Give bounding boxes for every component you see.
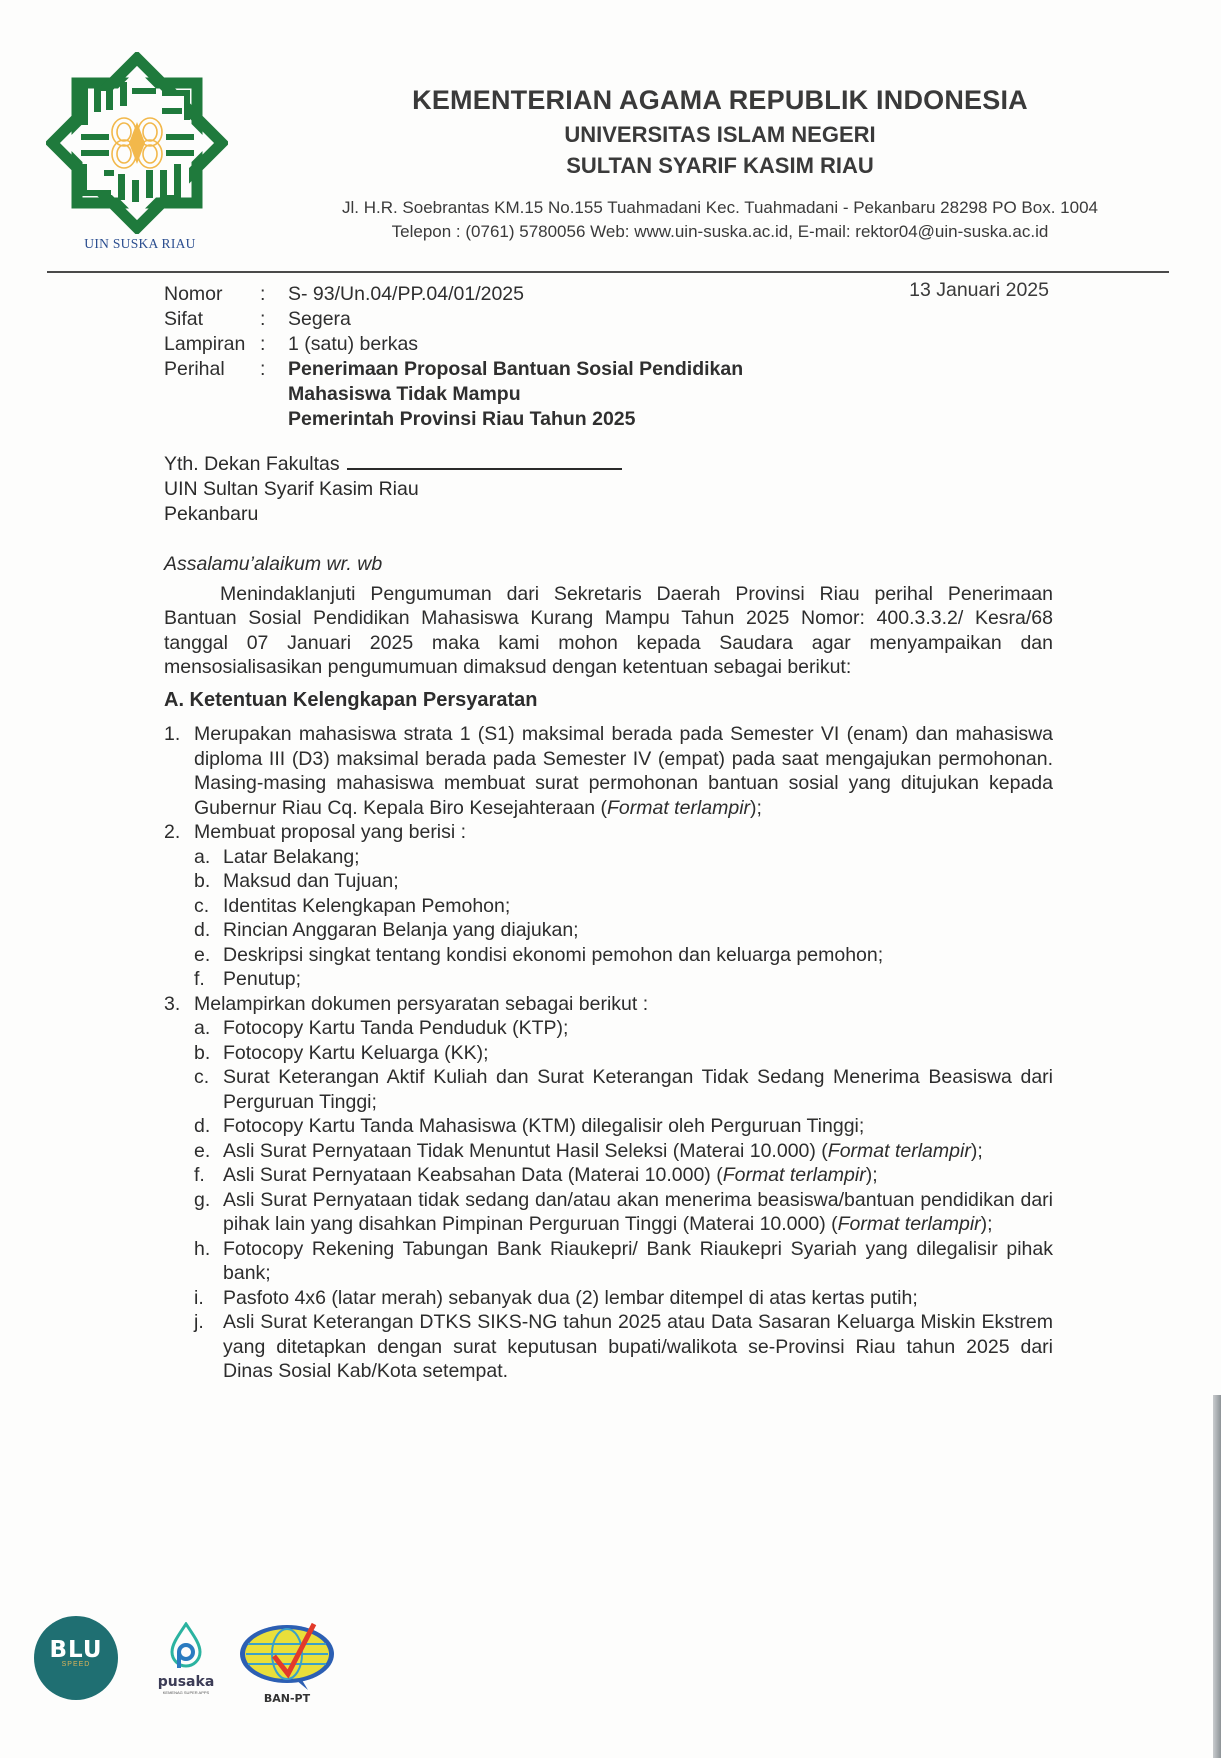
- list-item: e.Deskripsi singkat tentang kondisi ekon…: [194, 943, 1053, 968]
- item-text: Fotocopy Kartu Keluarga (KK);: [223, 1042, 489, 1064]
- list-item: h.Fotocopy Rekening Tabungan Bank Riauke…: [194, 1237, 1053, 1286]
- list-item: c.Surat Keterangan Aktif Kuliah dan Sura…: [194, 1065, 1053, 1114]
- meta-label: Nomor: [164, 282, 260, 307]
- subject-line: Mahasiswa Tidak Mampu: [288, 382, 743, 407]
- subject-line: Pemerintah Provinsi Riau Tahun 2025: [288, 407, 743, 432]
- meta-row-sifat: Sifat : Segera: [164, 307, 743, 332]
- list-item: b.Fotocopy Kartu Keluarga (KK);: [194, 1041, 1053, 1066]
- requirements-list: 1. Merupakan mahasiswa strata 1 (S1) mak…: [164, 722, 1053, 1384]
- item-text: Pasfoto 4x6 (latar merah) sebanyak dua (…: [223, 1287, 918, 1309]
- item-letter: e.: [194, 943, 210, 968]
- item-letter: g.: [194, 1188, 210, 1213]
- item-text: Fotocopy Kartu Tanda Penduduk (KTP);: [223, 1017, 568, 1039]
- item-tail: );: [981, 1213, 993, 1235]
- item-text: Rincian Anggaran Belanja yang diajukan;: [223, 919, 579, 941]
- scan-edge: [1213, 1395, 1221, 1758]
- ministry-name: KEMENTERIAN AGAMA REPUBLIK INDONESIA: [270, 84, 1170, 116]
- documents-list: a.Fotocopy Kartu Tanda Penduduk (KTP);b.…: [194, 1016, 1053, 1384]
- item-number: 1.: [164, 722, 180, 747]
- item-text: Fotocopy Kartu Tanda Mahasiswa (KTM) dil…: [223, 1115, 864, 1137]
- intro-paragraph: Menindaklanjuti Pengumuman dari Sekretar…: [164, 582, 1053, 680]
- list-item: j.Asli Surat Keterangan DTKS SIKS-NG tah…: [194, 1310, 1053, 1384]
- meta-value: Segera: [288, 307, 351, 332]
- letter-body: Assalamu’alaikum wr. wb Menindaklanjuti …: [164, 552, 1053, 1384]
- pusaka-logo-subtext: KEMENAG SUPER APPS: [150, 1690, 222, 1695]
- blu-logo-text: BLU: [34, 1616, 118, 1663]
- ban-pt-logo-text: BAN-PT: [236, 1692, 338, 1705]
- meta-label: Lampiran: [164, 332, 260, 357]
- item-text: Melampirkan dokumen persyaratan sebagai …: [194, 993, 648, 1015]
- item-letter: e.: [194, 1139, 210, 1164]
- faculty-blank-line: [347, 452, 622, 470]
- pusaka-logo-text: pusaka: [150, 1675, 222, 1690]
- meta-label: Sifat: [164, 307, 260, 332]
- university-name-line2: SULTAN SYARIF KASIM RIAU: [270, 150, 1170, 182]
- item-letter: d.: [194, 918, 210, 943]
- list-item: i.Pasfoto 4x6 (latar merah) sebanyak dua…: [194, 1286, 1053, 1311]
- item-letter: j.: [194, 1310, 204, 1335]
- item-text: Asli Surat Pernyataan Tidak Menuntut Has…: [223, 1140, 828, 1162]
- item-letter: b.: [194, 869, 210, 894]
- list-item: c.Identitas Kelengkapan Pemohon;: [194, 894, 1053, 919]
- subject-line: Penerimaan Proposal Bantuan Sosial Pendi…: [288, 357, 743, 382]
- recipient-block: Yth. Dekan Fakultas UIN Sultan Syarif Ka…: [164, 452, 622, 527]
- letter-meta: Nomor : S- 93/Un.04/PP.04/01/2025 Sifat …: [164, 282, 743, 432]
- item-text: Identitas Kelengkapan Pemohon;: [223, 895, 510, 917]
- item-letter: f.: [194, 1163, 205, 1188]
- list-item: 3. Melampirkan dokumen persyaratan sebag…: [164, 992, 1053, 1384]
- list-item: d.Rincian Anggaran Belanja yang diajukan…: [194, 918, 1053, 943]
- item-italic: Format terlampir: [838, 1213, 981, 1235]
- item-text: Maksud dan Tujuan;: [223, 870, 399, 892]
- list-item: 2. Membuat proposal yang berisi : a.Lata…: [164, 820, 1053, 992]
- proposal-contents-list: a.Latar Belakang;b.Maksud dan Tujuan;c.I…: [194, 845, 1053, 992]
- item-letter: b.: [194, 1041, 210, 1066]
- meta-row-lampiran: Lampiran : 1 (satu) berkas: [164, 332, 743, 357]
- meta-colon: :: [260, 332, 288, 357]
- meta-row-nomor: Nomor : S- 93/Un.04/PP.04/01/2025: [164, 282, 743, 307]
- item-letter: f.: [194, 967, 205, 992]
- letterhead-divider: [47, 271, 1169, 273]
- list-item: a.Fotocopy Kartu Tanda Penduduk (KTP);: [194, 1016, 1053, 1041]
- meta-value: S- 93/Un.04/PP.04/01/2025: [288, 282, 524, 307]
- recipient-line: Yth. Dekan Fakultas: [164, 452, 622, 477]
- recipient-institution: UIN Sultan Syarif Kasim Riau: [164, 477, 622, 502]
- meta-value: 1 (satu) berkas: [288, 332, 418, 357]
- item-letter: c.: [194, 1065, 209, 1090]
- water-drop-icon: [166, 1622, 206, 1670]
- list-item: a.Latar Belakang;: [194, 845, 1053, 870]
- item-italic: Format terlampir: [607, 797, 750, 819]
- blu-speed-logo: BLU SPEED: [34, 1616, 118, 1700]
- item-letter: a.: [194, 845, 210, 870]
- item-letter: i.: [194, 1286, 204, 1311]
- item-letter: h.: [194, 1237, 210, 1262]
- item-italic: Format terlampir: [828, 1140, 971, 1162]
- pusaka-logo: pusaka KEMENAG SUPER APPS: [150, 1622, 222, 1695]
- list-item: e.Asli Surat Pernyataan Tidak Menuntut H…: [194, 1139, 1053, 1164]
- item-text: Latar Belakang;: [223, 846, 360, 868]
- university-name-line1: UNIVERSITAS ISLAM NEGERI: [270, 120, 1170, 150]
- item-text: Asli Surat Keterangan DTKS SIKS-NG tahun…: [223, 1311, 1053, 1382]
- item-text: Fotocopy Rekening Tabungan Bank Riaukepr…: [223, 1238, 1053, 1285]
- blu-logo-subtext: SPEED: [34, 1661, 118, 1668]
- address: Jl. H.R. Soebrantas KM.15 No.155 Tuahmad…: [270, 196, 1170, 220]
- item-letter: c.: [194, 894, 209, 919]
- greeting: Assalamu’alaikum wr. wb: [164, 552, 1053, 577]
- letter-date: 13 Januari 2025: [909, 279, 1049, 302]
- ban-pt-logo: BAN-PT: [236, 1618, 338, 1710]
- item-tail: );: [750, 797, 762, 819]
- recipient-city: Pekanbaru: [164, 502, 622, 527]
- item-text: Deskripsi singkat tentang kondisi ekonom…: [223, 944, 883, 966]
- item-italic: Format terlampir: [723, 1164, 866, 1186]
- item-text: Penutup;: [223, 968, 301, 990]
- item-letter: a.: [194, 1016, 210, 1041]
- item-tail: );: [971, 1140, 983, 1162]
- list-item: d.Fotocopy Kartu Tanda Mahasiswa (KTM) d…: [194, 1114, 1053, 1139]
- meta-colon: :: [260, 307, 288, 332]
- letterhead: KEMENTERIAN AGAMA REPUBLIK INDONESIA UNI…: [270, 84, 1170, 244]
- globe-check-icon: [236, 1618, 338, 1692]
- meta-row-perihal: Perihal : Penerimaan Proposal Bantuan So…: [164, 357, 743, 432]
- meta-colon: :: [260, 282, 288, 307]
- item-tail: );: [866, 1164, 878, 1186]
- recipient-title: Yth. Dekan Fakultas: [164, 453, 340, 475]
- item-text: Membuat proposal yang berisi :: [194, 821, 466, 843]
- item-number: 2.: [164, 820, 180, 845]
- uin-suska-logo-icon: [46, 52, 228, 234]
- logo-caption: UIN SUSKA RIAU: [60, 236, 220, 252]
- meta-colon: :: [260, 357, 288, 432]
- section-a-heading: A. Ketentuan Kelengkapan Persyaratan: [164, 688, 1053, 713]
- item-text: Asli Surat Pernyataan Keabsahan Data (Ma…: [223, 1164, 723, 1186]
- item-letter: d.: [194, 1114, 210, 1139]
- contact-info: Telepon : (0761) 5780056 Web: www.uin-su…: [270, 220, 1170, 244]
- list-item: g.Asli Surat Pernyataan tidak sedang dan…: [194, 1188, 1053, 1237]
- list-item: f.Asli Surat Pernyataan Keabsahan Data (…: [194, 1163, 1053, 1188]
- list-item: f.Penutup;: [194, 967, 1053, 992]
- list-item: b.Maksud dan Tujuan;: [194, 869, 1053, 894]
- item-number: 3.: [164, 992, 180, 1017]
- meta-label: Perihal: [164, 357, 260, 432]
- item-text: Surat Keterangan Aktif Kuliah dan Surat …: [223, 1066, 1053, 1113]
- list-item: 1. Merupakan mahasiswa strata 1 (S1) mak…: [164, 722, 1053, 820]
